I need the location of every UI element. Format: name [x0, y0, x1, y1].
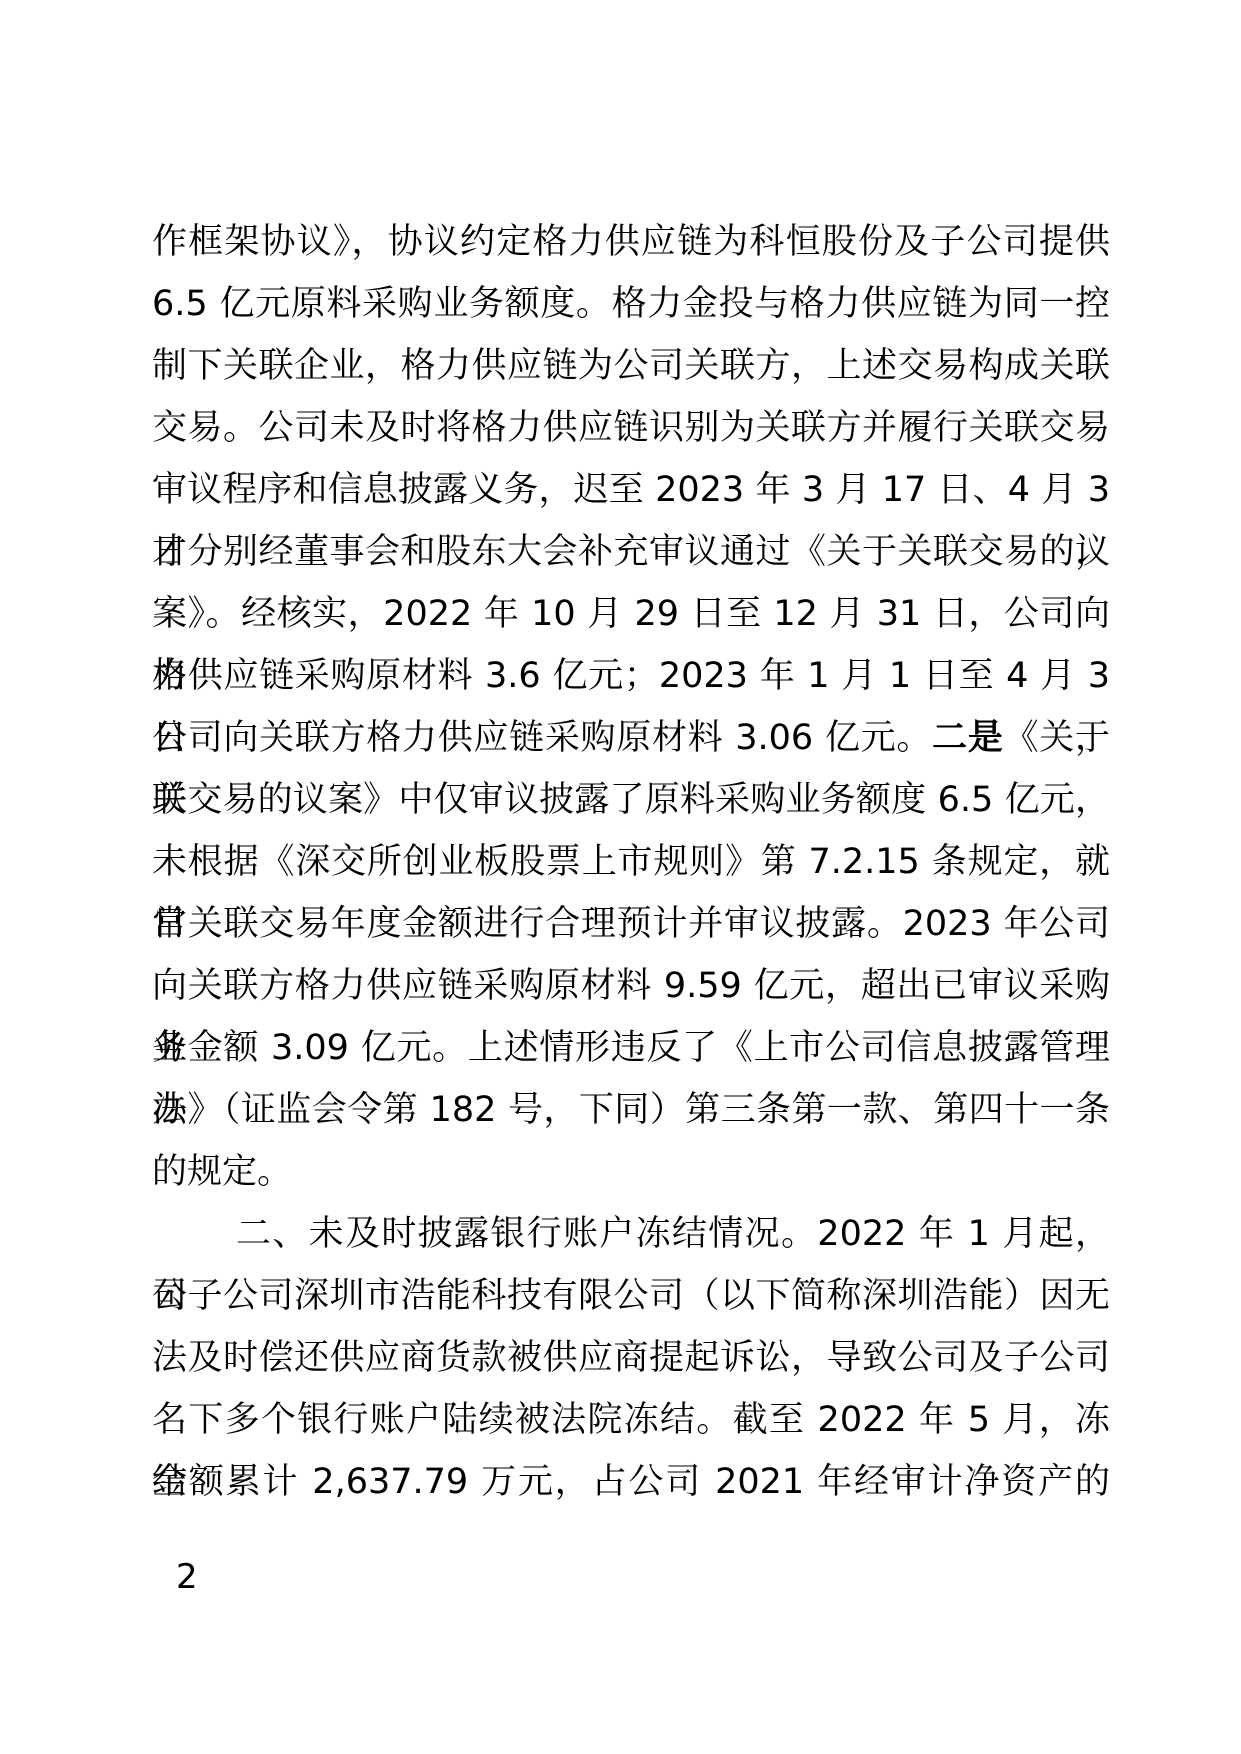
- document-page: 作框架协议》，协议约定格力供应链为科恒股份及子公司提供 6.5 亿元原料采购业务…: [0, 0, 1241, 1754]
- text-line: 制下关联企业，格力供应链为公司关联方，上述交易构成关联: [152, 335, 1110, 397]
- body-text: 作框架协议》，协议约定格力供应链为科恒股份及子公司提供 6.5 亿元原料采购业务…: [152, 211, 1110, 1513]
- text-line: 务金额 3.09 亿元。上述情形违反了《上市公司信息披露管理办: [152, 1017, 1110, 1079]
- text-line: 二、未及时披露银行账户冻结情况。2022 年 1 月起，公: [152, 1203, 1110, 1265]
- text-line: 常关联交易年度金额进行合理预计并审议披露。2023 年公司: [152, 893, 1110, 955]
- text-line: 6.5 亿元原料采购业务额度。格力金投与格力供应链为同一控: [152, 273, 1110, 335]
- text-line: 司子公司深圳市浩能科技有限公司（以下简称深圳浩能）因无: [152, 1265, 1110, 1327]
- text-line: 向关联方格力供应链采购原材料 9.59 亿元，超出已审议采购业: [152, 955, 1110, 1017]
- text-line: 未根据《深交所创业板股票上市规则》第 7.2.15 条规定，就日: [152, 831, 1110, 893]
- text-line: 的规定。: [152, 1141, 1110, 1203]
- page-number: 2: [176, 1556, 198, 1598]
- text-run: 公司向关联方格力供应链采购原材料 3.06 亿元。: [152, 718, 932, 758]
- text-line: 力供应链采购原材料 3.6 亿元；2023 年 1 月 1 日至 4 月 3 日…: [152, 645, 1110, 707]
- text-line: 名下多个银行账户陆续被法院冻结。截至 2022 年 5 月，冻结: [152, 1389, 1110, 1451]
- text-line: 才分别经董事会和股东大会补充审议通过《关于关联交易的议: [152, 521, 1110, 583]
- text-line: 作框架协议》，协议约定格力供应链为科恒股份及子公司提供: [152, 211, 1110, 273]
- text-line: 法》（证监会令第 182 号，下同）第三条第一款、第四十一条: [152, 1079, 1110, 1141]
- text-line: 联交易的议案》中仅审议披露了原料采购业务额度 6.5 亿元，: [152, 769, 1110, 831]
- text-line: 法及时偿还供应商货款被供应商提起诉讼，导致公司及子公司: [152, 1327, 1110, 1389]
- text-line: 交易。公司未及时将格力供应链识别为关联方并履行关联交易: [152, 397, 1110, 459]
- text-line: 审议程序和信息披露义务，迟至 2023 年 3 月 17 日、4 月 3 日，: [152, 459, 1110, 521]
- text-line: 金额累计 2,637.79 万元，占公司 2021 年经审计净资产的: [152, 1451, 1110, 1513]
- text-line: 公司向关联方格力供应链采购原材料 3.06 亿元。二是《关于关: [152, 707, 1110, 769]
- text-line: 案》。经核实，2022 年 10 月 29 日至 12 月 31 日，公司向格: [152, 583, 1110, 645]
- bold-emphasis: 二是: [932, 718, 1003, 758]
